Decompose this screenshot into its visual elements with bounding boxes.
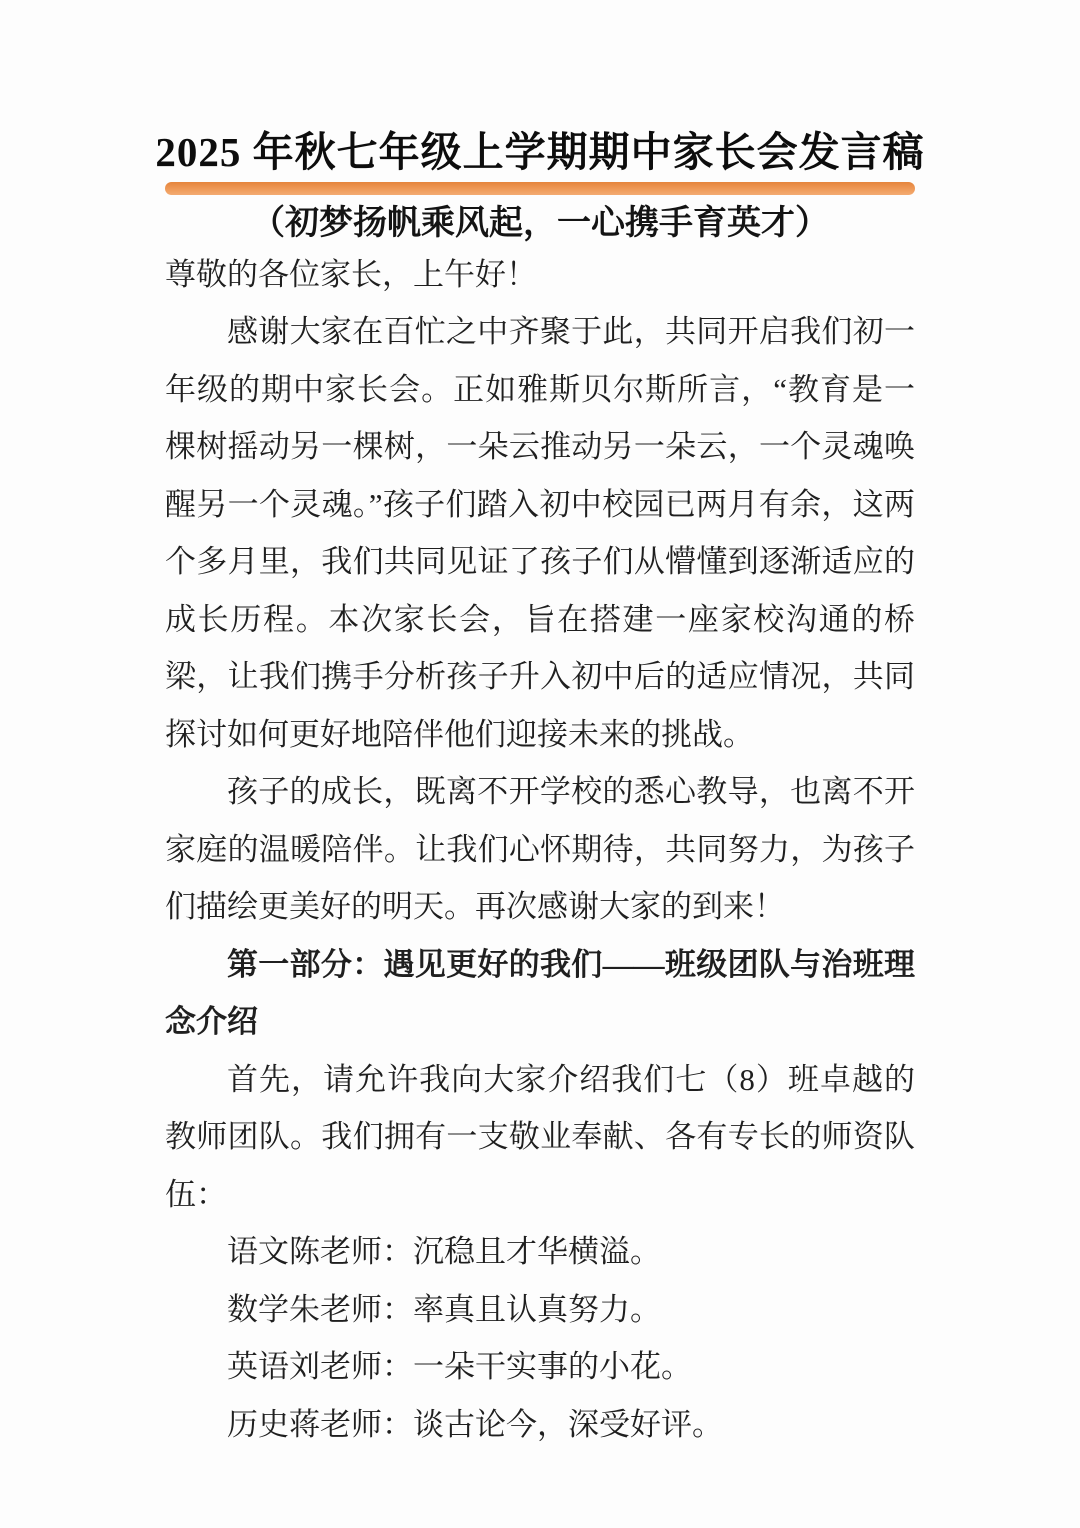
page-title: 2025 年秋七年级上学期期中家长会发言稿 — [0, 0, 1080, 177]
document-body: 尊敬的各位家长，上午好！感谢大家在百忙之中齐聚于此，共同开启我们初一年级的期中家… — [165, 246, 915, 1454]
paragraph: 感谢大家在百忙之中齐聚于此，共同开启我们初一年级的期中家长会。正如雅斯贝尔斯所言… — [165, 303, 915, 763]
page-subtitle: （初梦扬帆乘风起，一心携手育英才） — [0, 203, 1080, 246]
paragraph: 英语刘老师：一朵干实事的小花。 — [165, 1338, 915, 1396]
paragraph: 首先，请允许我向大家介绍我们七（8）班卓越的教师团队。我们拥有一支敬业奉献、各有… — [165, 1051, 915, 1224]
paragraph: 尊敬的各位家长，上午好！ — [165, 246, 915, 304]
document-page: 2025 年秋七年级上学期期中家长会发言稿 （初梦扬帆乘风起，一心携手育英才） … — [0, 0, 1080, 1528]
paragraph: 历史蒋老师：谈古论今，深受好评。 — [165, 1396, 915, 1454]
title-underline — [165, 182, 915, 195]
paragraph: 语文陈老师：沉稳且才华横溢。 — [165, 1223, 915, 1281]
paragraph: 孩子的成长，既离不开学校的悉心教导，也离不开家庭的温暖陪伴。让我们心怀期待，共同… — [165, 763, 915, 936]
section-heading: 第一部分：遇见更好的我们——班级团队与治班理念介绍 — [165, 936, 915, 1051]
paragraph: 数学朱老师：率真且认真努力。 — [165, 1281, 915, 1339]
